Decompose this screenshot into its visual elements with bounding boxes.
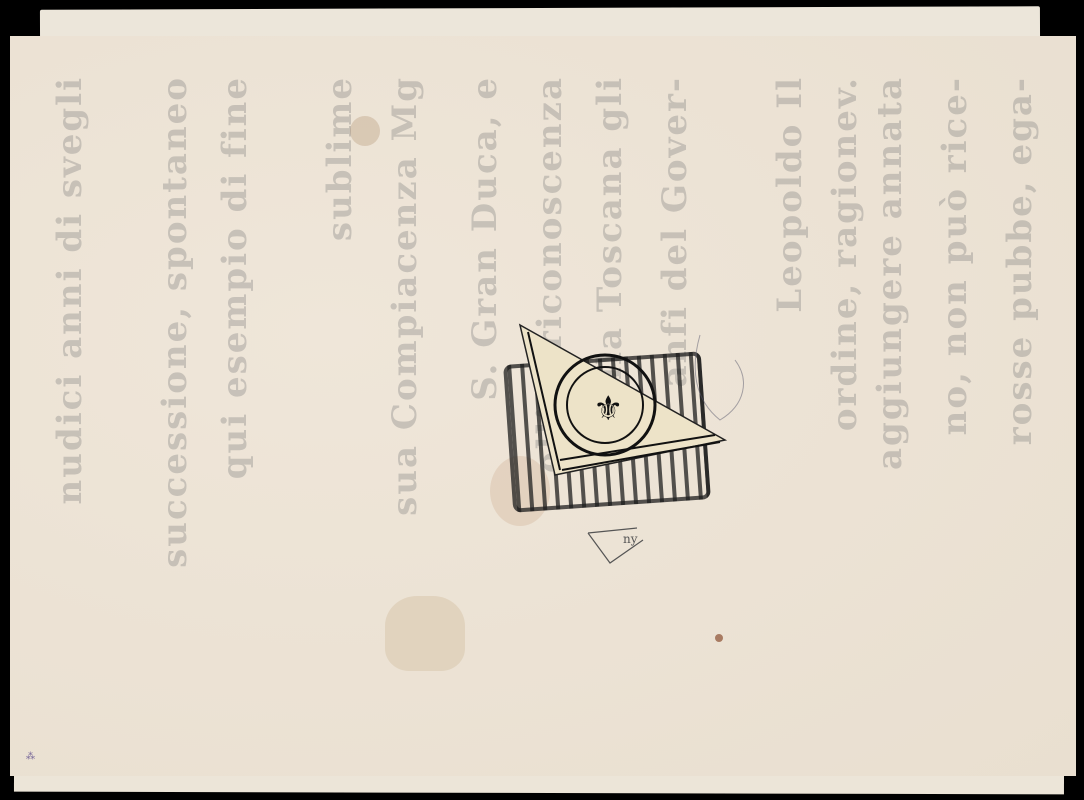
svg-text:ny: ny <box>623 532 638 546</box>
show-through-column: S. Gran Duca, e <box>465 76 505 401</box>
show-through-column: rosse pubbe, ega- <box>1000 76 1040 445</box>
violet-corner-mark: ⁂ <box>26 752 35 762</box>
pencil-arrow-mark: ny <box>585 525 655 570</box>
show-through-column: qui esempio di fine <box>215 76 255 479</box>
show-through-column: successione, spontaneo <box>155 76 195 568</box>
pencil-sketch <box>680 330 755 430</box>
brown-spot <box>715 634 723 642</box>
svg-text:⚜: ⚜ <box>593 389 623 429</box>
show-through-column: sua Compiacenza Mg <box>385 76 425 516</box>
show-through-column: aggiungere annata <box>870 76 910 470</box>
show-through-column: Leopoldo Il <box>770 76 810 313</box>
show-through-column: sublime <box>320 76 360 241</box>
water-stain <box>385 596 465 671</box>
show-through-column: nudici anni di svegli <box>50 76 90 504</box>
show-through-column: ordine, ragionev. <box>825 76 865 431</box>
show-through-column: no, non può rice- <box>935 76 975 435</box>
brown-stain <box>350 116 380 146</box>
